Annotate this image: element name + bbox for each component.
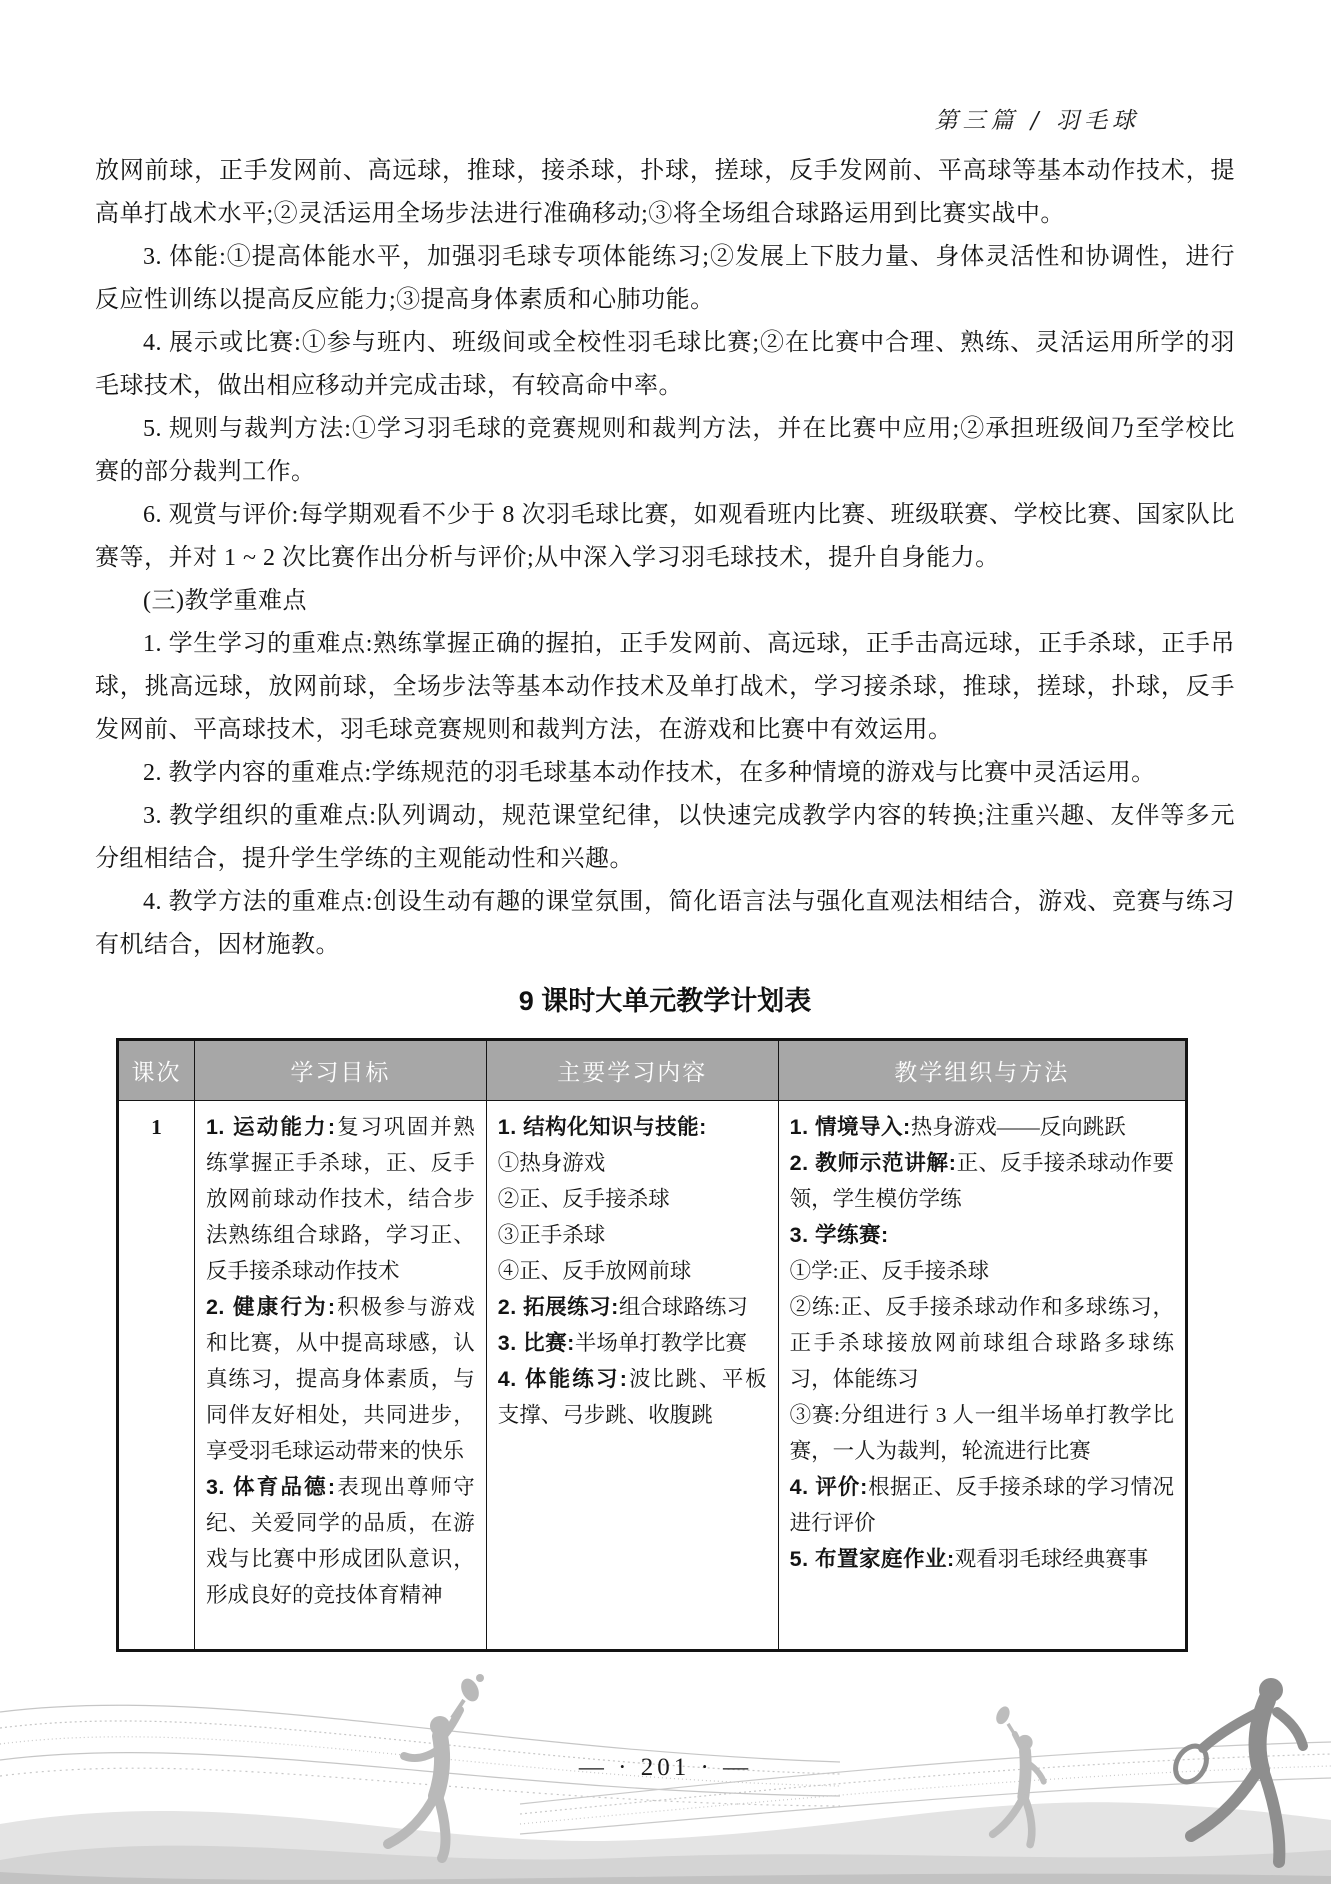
cell-item: 2. 拓展练习:组合球路练习: [498, 1289, 767, 1325]
table-header-row: 课次 学习目标 主要学习内容 教学组织与方法: [118, 1040, 1187, 1101]
column-header-lesson: 课次: [118, 1040, 195, 1101]
column-header-organization: 教学组织与方法: [778, 1040, 1186, 1101]
objectives-cell: 1. 运动能力:复习巩固并熟练掌握正手杀球，正、反手放网前球动作技术，结合步法熟…: [194, 1101, 486, 1651]
cell-item: 4. 体能练习:波比跳、平板支撑、弓步跳、收腹跳: [498, 1361, 767, 1433]
cell-item: ②练:正、反手接杀球动作和多球练习，正手杀球接放网前球组合球路多球练习，体能练习: [790, 1289, 1174, 1397]
document-page: 第三篇 / 羽毛球 放网前球，正手发网前、高远球，推球，接杀球，扑球，搓球，反手…: [0, 0, 1331, 1884]
cell-item: 2. 健康行为:积极参与游戏和比赛，从中提高球感，认真练习，提高身体素质，与同伴…: [206, 1289, 475, 1469]
paragraph: 5. 规则与裁判方法:①学习羽毛球的竞赛规则和裁判方法，并在比赛中应用;②承担班…: [95, 408, 1235, 494]
content-cell: 1. 结构化知识与技能:①热身游戏②正、反手接杀球③正手杀球④正、反手放网前球2…: [486, 1101, 778, 1651]
paragraph: 6. 观赏与评价:每学期观看不少于 8 次羽毛球比赛，如观看班内比赛、班级联赛、…: [95, 494, 1235, 580]
cell-item: 2. 教师示范讲解:正、反手接杀球动作要领，学生模仿学练: [790, 1145, 1174, 1217]
hill-shapes: [0, 1802, 1331, 1884]
cell-item: 3. 比赛:半场单打教学比赛: [498, 1325, 767, 1361]
paragraph: (三)教学重难点: [95, 580, 1235, 623]
cell-item: ②正、反手接杀球: [498, 1181, 767, 1217]
paragraph: 4. 展示或比赛:①参与班内、班级间或全校性羽毛球比赛;②在比赛中合理、熟练、灵…: [95, 322, 1235, 408]
paragraph: 1. 学生学习的重难点:熟练掌握正确的握拍，正手发网前、高远球，正手击高远球，正…: [95, 623, 1235, 752]
body-text: 放网前球，正手发网前、高远球，推球，接杀球，扑球，搓球，反手发网前、平高球等基本…: [95, 150, 1235, 967]
cell-item: 1. 结构化知识与技能:: [498, 1109, 767, 1145]
column-header-objectives: 学习目标: [194, 1040, 486, 1101]
paragraph: 3. 教学组织的重难点:队列调动，规范课堂纪律，以快速完成教学内容的转换;注重兴…: [95, 795, 1235, 881]
lesson-number-cell: 1: [118, 1101, 195, 1651]
table-title: 9 课时大单元教学计划表: [95, 979, 1235, 1018]
lesson-plan-table: 课次 学习目标 主要学习内容 教学组织与方法 1 1. 运动能力:复习巩固并熟练…: [116, 1038, 1188, 1652]
cell-item: 4. 评价:根据正、反手接杀球的学习情况进行评价: [790, 1469, 1174, 1541]
shuttlecock-icon: [476, 1674, 484, 1682]
page-content: 放网前球，正手发网前、高远球，推球，接杀球，扑球，搓球，反手发网前、平高球等基本…: [95, 150, 1235, 1652]
cell-item: 1. 情境导入:热身游戏——反向跳跃: [790, 1109, 1174, 1145]
cell-item: ③正手杀球: [498, 1217, 767, 1253]
organization-cell: 1. 情境导入:热身游戏——反向跳跃2. 教师示范讲解:正、反手接杀球动作要领，…: [778, 1101, 1186, 1651]
paragraph: 放网前球，正手发网前、高远球，推球，接杀球，扑球，搓球，反手发网前、平高球等基本…: [95, 150, 1235, 236]
paragraph: 2. 教学内容的重难点:学练规范的羽毛球基本动作技术，在多种情境的游戏与比赛中灵…: [95, 752, 1235, 795]
paragraph: 3. 体能:①提高体能水平，加强羽毛球专项体能练习;②发展上下肢力量、身体灵活性…: [95, 236, 1235, 322]
table-row: 1 1. 运动能力:复习巩固并熟练掌握正手杀球，正、反手放网前球动作技术，结合步…: [118, 1101, 1187, 1651]
cell-item: 1. 运动能力:复习巩固并熟练掌握正手杀球，正、反手放网前球动作技术，结合步法熟…: [206, 1109, 475, 1289]
cell-item: ①学:正、反手接杀球: [790, 1253, 1174, 1289]
cell-item: ④正、反手放网前球: [498, 1253, 767, 1289]
running-header: 第三篇 / 羽毛球: [935, 102, 1140, 135]
cell-item: 3. 体育品德:表现出尊师守纪、关爱同学的品质，在游戏与比赛中形成团队意识，形成…: [206, 1469, 475, 1613]
cell-item: 3. 学练赛:: [790, 1217, 1174, 1253]
paragraph: 4. 教学方法的重难点:创设生动有趣的课堂氛围，简化语言法与强化直观法相结合，游…: [95, 881, 1235, 967]
page-number: — · 201 · —: [0, 1754, 1331, 1782]
column-header-content: 主要学习内容: [486, 1040, 778, 1101]
cell-item: 5. 布置家庭作业:观看羽毛球经典赛事: [790, 1541, 1174, 1577]
cell-item: ①热身游戏: [498, 1145, 767, 1181]
cell-item: ③赛:分组进行 3 人一组半场单打教学比赛，一人为裁判，轮流进行比赛: [790, 1397, 1174, 1469]
